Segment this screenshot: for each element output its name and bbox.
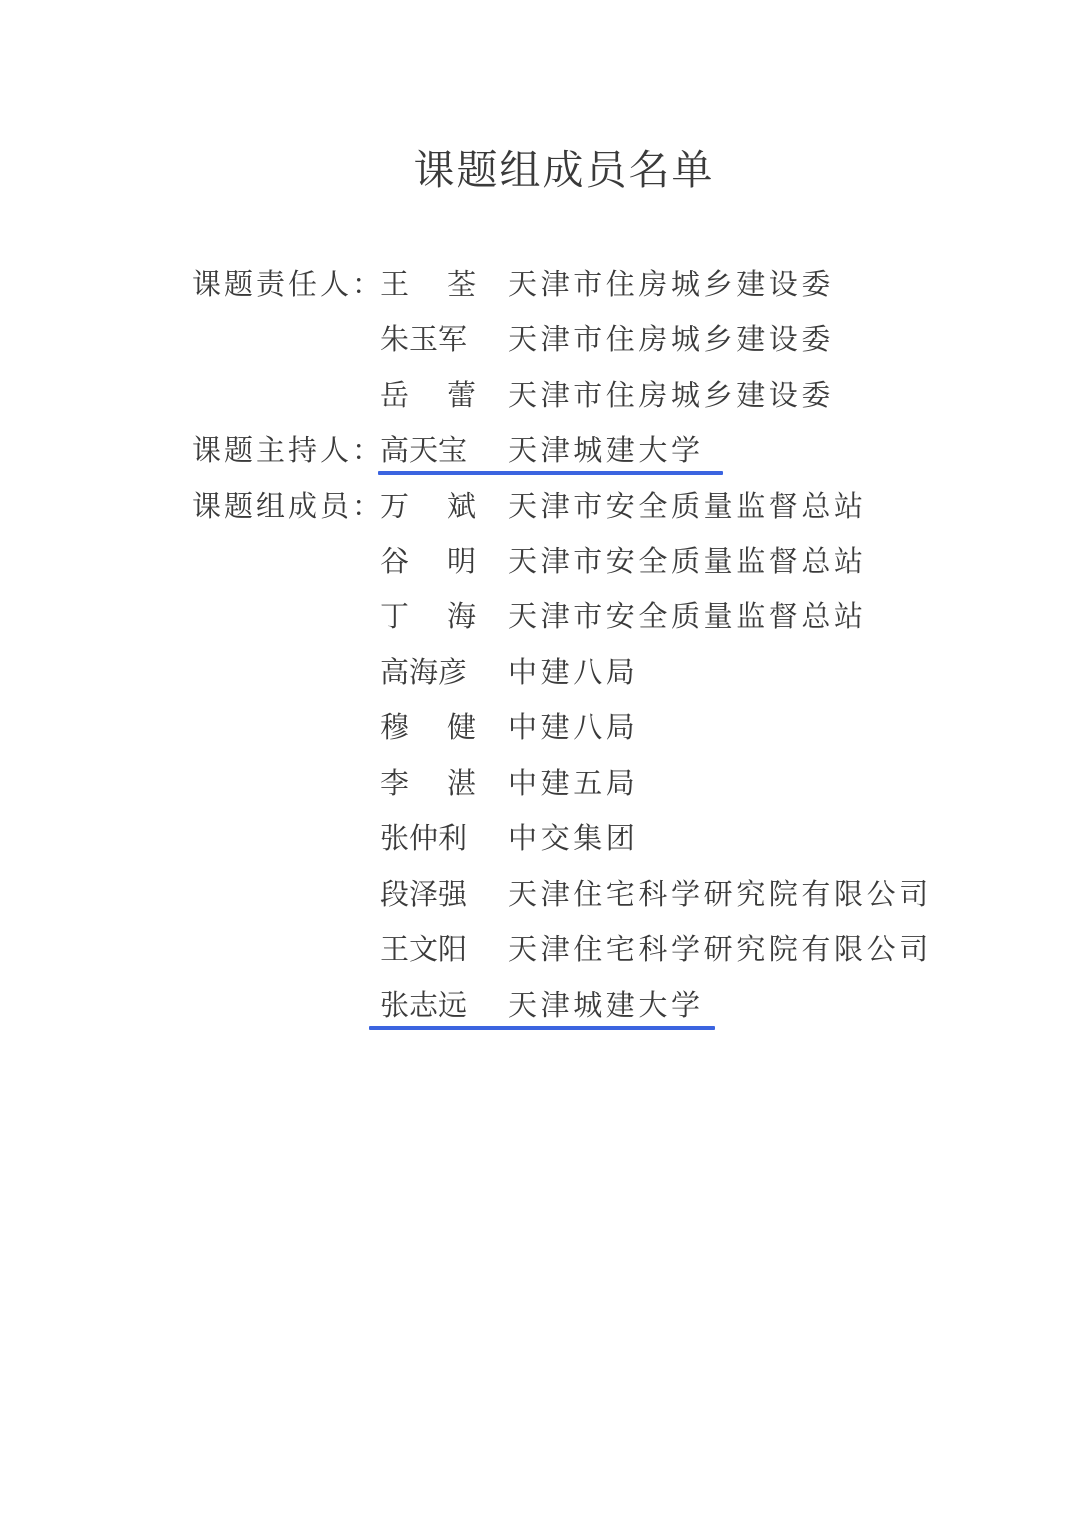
member-name: 朱玉军 <box>380 314 476 364</box>
member-org: 天津市安全质量监督总站 <box>508 536 867 586</box>
role-label: 课题主持人： <box>192 425 384 475</box>
member-org: 中建八局 <box>508 647 638 697</box>
page-title: 课题组成员名单 <box>0 140 1080 200</box>
member-name: 高天宝 <box>380 425 476 475</box>
member-org: 天津市安全质量监督总站 <box>508 481 867 531</box>
member-name: 王文阳 <box>380 924 476 974</box>
role-label: 课题组成员： <box>192 481 384 531</box>
member-name: 王 荃 <box>380 259 476 309</box>
member-name: 岳 蕾 <box>380 370 476 420</box>
member-name: 丁 海 <box>380 591 476 641</box>
member-org: 天津住宅科学研究院有限公司 <box>508 869 932 919</box>
member-org: 天津市住房城乡建设委 <box>508 370 834 420</box>
member-name: 万 斌 <box>380 481 476 531</box>
member-name: 张志远 <box>380 980 476 1030</box>
highlight-underline <box>378 471 723 475</box>
member-org: 天津城建大学 <box>508 980 704 1030</box>
highlight-underline <box>369 1026 715 1030</box>
member-org: 天津市住房城乡建设委 <box>508 259 834 309</box>
member-org: 天津市安全质量监督总站 <box>508 591 867 641</box>
role-label: 课题责任人： <box>192 259 384 309</box>
member-name: 段泽强 <box>380 869 476 919</box>
member-name: 李 湛 <box>380 758 476 808</box>
member-name: 张仲利 <box>380 813 476 863</box>
member-org: 中建八局 <box>508 702 638 752</box>
member-org: 天津住宅科学研究院有限公司 <box>508 924 932 974</box>
member-name: 谷 明 <box>380 536 476 586</box>
member-org: 天津城建大学 <box>508 425 704 475</box>
member-org: 中建五局 <box>508 758 638 808</box>
member-name: 穆 健 <box>380 702 476 752</box>
member-org: 天津市住房城乡建设委 <box>508 314 834 364</box>
member-org: 中交集团 <box>508 813 638 863</box>
member-name: 高海彦 <box>380 647 476 697</box>
